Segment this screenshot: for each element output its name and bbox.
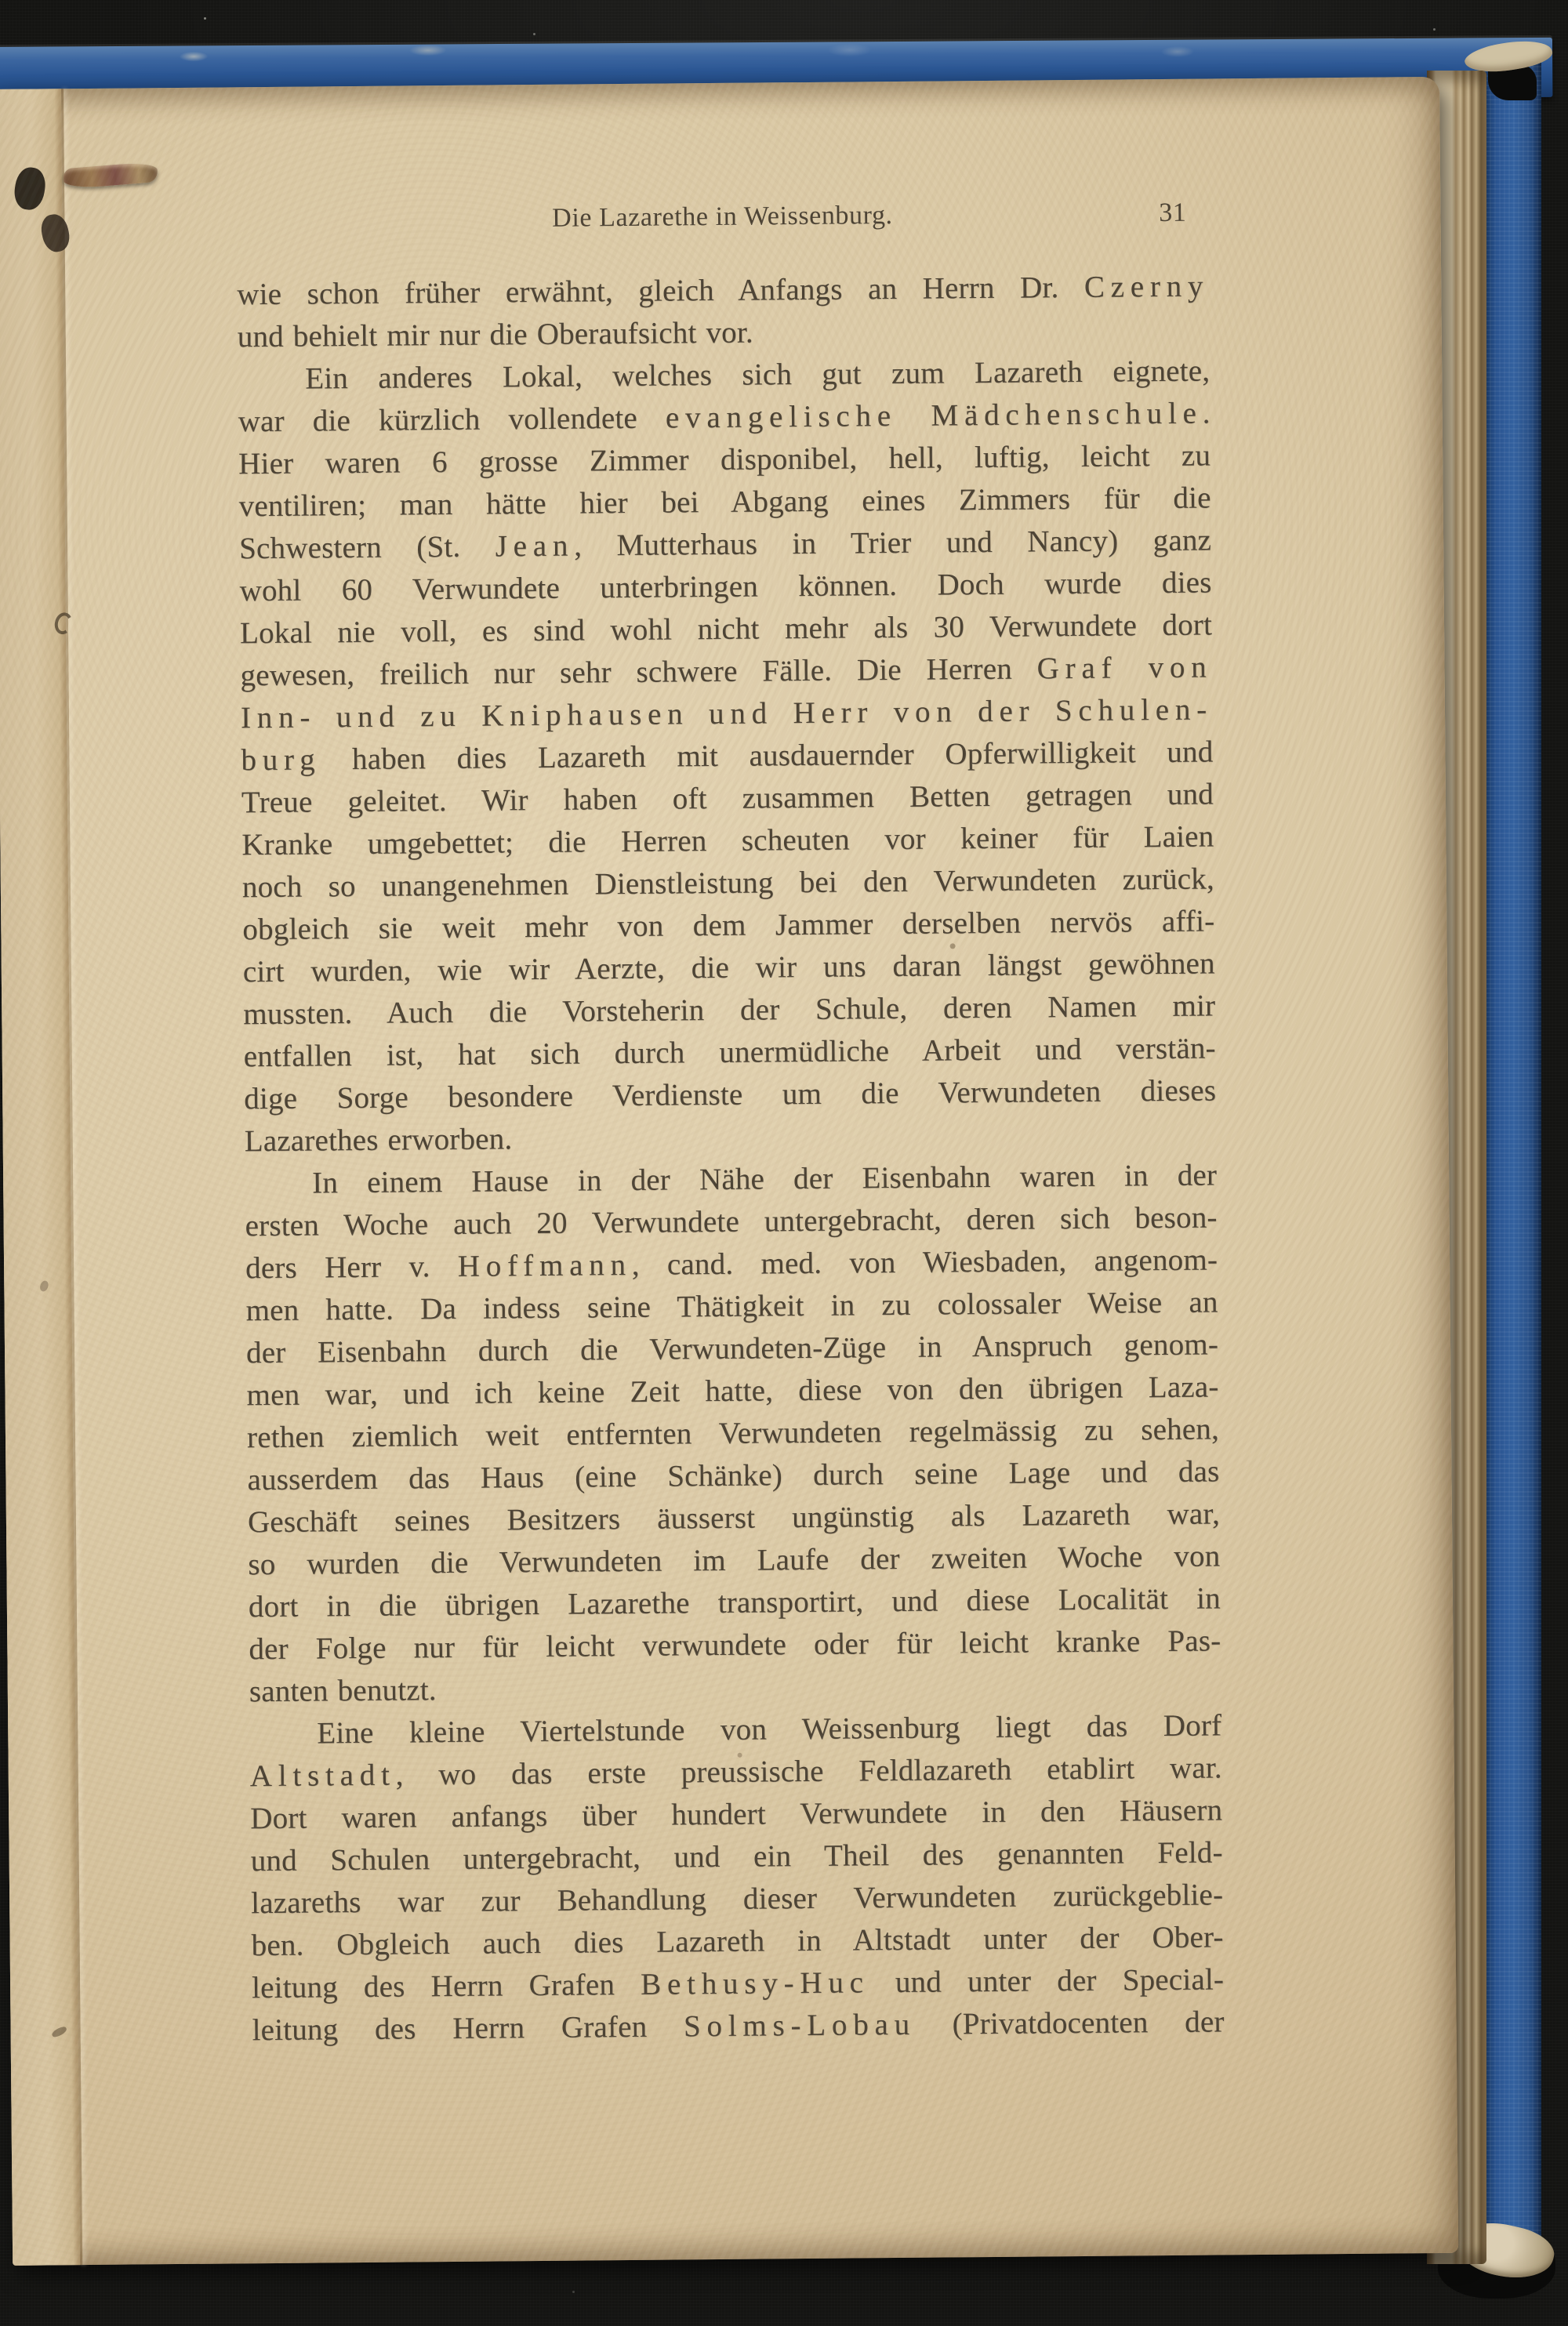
text-segment: dort in die übrigen Lazarethe transporti… — [249, 1581, 1221, 1624]
text-segment: Schwestern (St. — [239, 529, 495, 565]
text-segment: ders Herr v. — [245, 1250, 458, 1285]
text-segment: Hier waren 6 grosse Zimmer disponibel, h… — [238, 438, 1210, 481]
text-segment: entfallen ist, hat sich durch unermüdlic… — [244, 1031, 1216, 1073]
book-page: Die Lazarethe in Weissenburg. 31 wie sch… — [0, 77, 1458, 2266]
text-segment: (Privatdocenten der — [916, 2005, 1225, 2041]
text-segment: santen benutzt. — [249, 1673, 437, 1708]
text-segment: cirt wurden, wie wir Aerzte, die wir uns… — [243, 946, 1215, 989]
text-segment: mussten. Auch die Vorsteherin der Schule… — [243, 989, 1215, 1031]
text-segment: Lazarethes erworben. — [245, 1122, 513, 1158]
text-segment: men war, und ich keine Zeit hatte, diese… — [246, 1370, 1218, 1412]
text-segment: Treue geleitet. Wir haben oft zusammen B… — [241, 777, 1214, 819]
text-lines: wie schon früher erwähnt, gleich Anfangs… — [237, 265, 1225, 2052]
text-segment: rethen ziemlich weit entfernten Verwunde… — [247, 1412, 1219, 1454]
running-header-title: Die Lazarethe in Weissenburg. — [236, 193, 1208, 241]
letterspaced-name: Graf von — [1036, 650, 1212, 685]
text-segment: und behielt mir nur die Oberaufsicht vor… — [238, 316, 753, 354]
text-line: leitung des Herrn Grafen Solms-Lobau (Pr… — [252, 2001, 1224, 2052]
text-segment: haben dies Lazareth mit ausdauernder Opf… — [321, 735, 1213, 776]
text-segment: so wurden die Verwundeten im Laufe der z… — [248, 1539, 1220, 1581]
text-segment: leitung des Herrn Grafen — [252, 2009, 684, 2047]
text-segment: ventiliren; man hätte hier bei Abgang ei… — [238, 481, 1210, 523]
text-segment: Eine kleine Viertelstunde von Weissenbur… — [317, 1708, 1221, 1750]
text-segment: ersten Woche auch 20 Verwundete untergeb… — [245, 1200, 1217, 1243]
text-segment: Lokal nie voll, es sind wohl nicht mehr … — [240, 608, 1212, 650]
text-line: der Folge nur für leicht verwundete oder… — [249, 1620, 1221, 1671]
text-line: dige Sorge besondere Verdienste um die V… — [244, 1069, 1216, 1120]
gutter-shade — [0, 89, 80, 2266]
text-segment: der Eisenbahn durch die Verwundeten-Züge… — [246, 1327, 1218, 1370]
screenshot-root: { "photo": { "description": "scanned boo… — [0, 0, 1568, 2326]
text-segment: wohl 60 Verwundete unterbringen können. … — [239, 565, 1211, 608]
text-segment: noch so unangenehmen Dienstleistung bei … — [242, 862, 1214, 904]
dust-specks — [204, 17, 206, 20]
text-segment: . — [1203, 396, 1210, 430]
text-segment: , cand. med. von Wiesbaden, angenom- — [632, 1243, 1218, 1282]
text-segment: leitung des Herrn Grafen — [252, 1968, 641, 2005]
page-number: 31 — [1159, 194, 1187, 233]
text-segment: und Schulen untergebracht, und ein Theil… — [251, 1835, 1223, 1878]
text-segment: wie schon früher erwähnt, gleich Anfangs… — [237, 270, 1084, 311]
letterspaced-name: Hoffmann — [458, 1248, 632, 1283]
text-segment: In einem Hause in der Nähe der Eisenbahn… — [312, 1158, 1217, 1199]
headband-remnant — [63, 161, 158, 189]
letterspaced-name: Bethusy-Huc — [641, 1965, 869, 2001]
book-photo: Die Lazarethe in Weissenburg. 31 wie sch… — [0, 0, 1568, 2326]
text-segment: war die kürzlich vollendete — [238, 401, 666, 439]
text-segment: Dort waren anfangs über hundert Verwunde… — [250, 1793, 1222, 1835]
text-segment: der Folge nur für leicht verwundete oder… — [249, 1624, 1221, 1666]
letterspaced-name: burg — [241, 742, 321, 777]
text-segment: dige Sorge besondere Verdienste um die V… — [244, 1073, 1216, 1116]
text-segment: gewesen, freilich nur sehr schwere Fälle… — [240, 651, 1036, 692]
text-segment: , Mutterhaus in Trier und Nancy) ganz — [574, 523, 1211, 562]
letterspaced-name: Altstadt — [250, 1758, 396, 1794]
text-segment: lazareths war zur Behandlung dieser Verw… — [251, 1878, 1223, 1920]
letterspaced-name: Jean — [495, 529, 575, 564]
letterspaced-name: Inn- und zu Kniphausen und Herr von der … — [241, 692, 1213, 735]
text-segment: ben. Obgleich auch dies Lazareth in Alts… — [251, 1920, 1223, 1962]
text-segment: men hatte. Da indess seine Thätigkeit in… — [245, 1285, 1218, 1327]
text-segment: Geschäft seines Besitzers äusserst ungün… — [248, 1497, 1220, 1539]
book-cover-right-edge — [1480, 50, 1541, 2288]
text-segment: , wo das erste preussische Feldlazareth … — [396, 1751, 1222, 1791]
text-segment: und unter der Special- — [869, 1962, 1225, 1999]
text-segment: Ein anderes Lokal, welches sich gut zum … — [305, 354, 1210, 395]
text-segment: obgleich sie weit mehr von dem Jammer de… — [242, 904, 1214, 946]
letterspaced-name: Solms-Lobau — [684, 2008, 916, 2044]
text-segment: Kranke umgebettet; die Herren scheuten v… — [241, 819, 1214, 862]
text-segment: ausserdem das Haus (eine Schänke) durch … — [247, 1454, 1219, 1497]
letterspaced-name: Czerny — [1084, 269, 1210, 303]
text-line: wie schon früher erwähnt, gleich Anfangs… — [237, 265, 1209, 316]
letterspaced-name: evangelische Mädchenschule — [666, 397, 1203, 435]
running-header: Die Lazarethe in Weissenburg. 31 — [236, 193, 1208, 241]
